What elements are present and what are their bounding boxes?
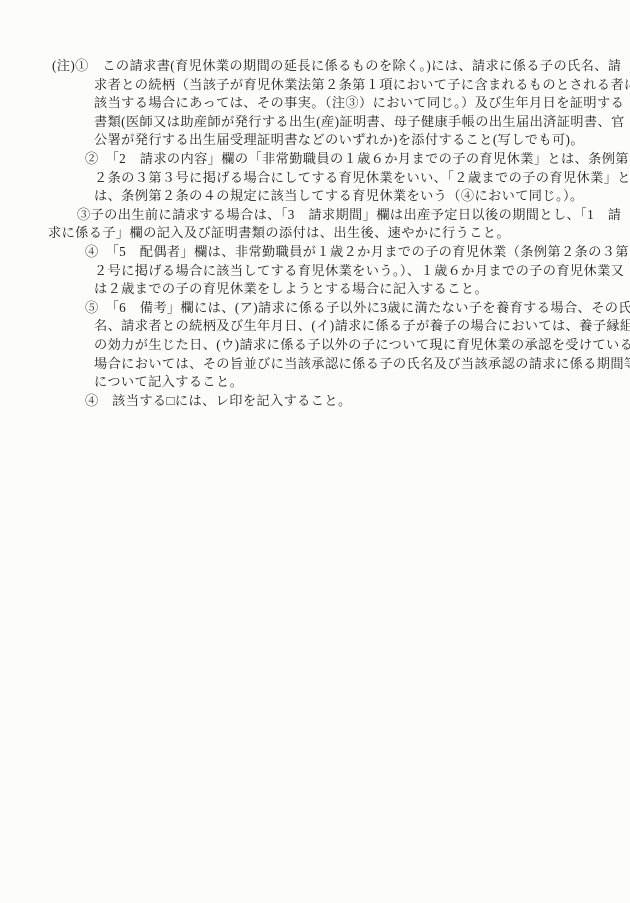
notes-section: (注)① この請求書(育児休業の期間の延長に係るものを除く。)には、請求に係る子… <box>0 57 630 410</box>
note-line: ④ 「5 配偶者」欄は、非常勤職員が１歳２か月までの子の育児休業（条例第２条の３… <box>85 243 630 262</box>
note-line: ２条の３第３号に掲げる場合にしてする育児休業をいい、「２歳までの子の育児休業」と <box>94 169 630 188</box>
note-line: 書類(医師又は助産師が発行する出生(産)証明書、母子健康手帳の出生届出済証明書、… <box>94 113 630 132</box>
note-line: 場合においては、その旨並びに当該承認に係る子の氏名及び当該承認の請求に係る期間等 <box>94 355 630 374</box>
note-line: は、条例第２条の４の規定に該当してする育児休業をいう（④において同じ。）。 <box>94 187 630 206</box>
note-line: 該当する場合にあっては、その事実。（注③）において同じ。）及び生年月日を証明する <box>94 94 630 113</box>
note-line: ⑤ 「6 備考」欄には、(ア)請求に係る子以外に3歳に満たない子を養育する場合、… <box>85 299 630 318</box>
note-line: について記入すること。 <box>94 373 630 392</box>
note-line: 求に係る子」欄の記入及び証明書類の添付は、出生後、速やかに行うこと。 <box>48 224 630 243</box>
note-line: ④ 該当する□には、レ印を記入すること。 <box>85 392 630 411</box>
note-line: ③子の出生前に請求する場合は、「3 請求期間」欄は出産予定日以後の期間とし、「1… <box>77 206 630 225</box>
note-line: は２歳までの子の育児休業をしようとする場合に記入すること。 <box>94 280 630 299</box>
note-line: 公署が発行する出生届受理証明書などのいずれか)を添付すること(写しでも可)。 <box>94 131 630 150</box>
note-line: ２号に掲げる場合に該当してする育児休業をいう。）、１歳６か月までの子の育児休業又 <box>94 262 630 281</box>
note-line: (注)① この請求書(育児休業の期間の延長に係るものを除く。)には、請求に係る子… <box>52 57 630 76</box>
note-line: の効力が生じた日、(ウ)請求に係る子以外の子について現に育児休業の承認を受けてい… <box>94 336 630 355</box>
note-line: 名、請求者との続柄及び生年月日、(イ)請求に係る子が養子の場合においては、養子縁… <box>94 317 630 336</box>
note-line: ② 「2 請求の内容」欄の「非常勤職員の１歳６か月までの子の育児休業」とは、条例… <box>85 150 630 169</box>
note-line: 求者との続柄（当該子が育児休業法第２条第１項において子に含まれるものとされる者に <box>94 76 630 95</box>
scanned-document-page: { "page": { "background_color": "#fcfcfb… <box>0 0 630 903</box>
